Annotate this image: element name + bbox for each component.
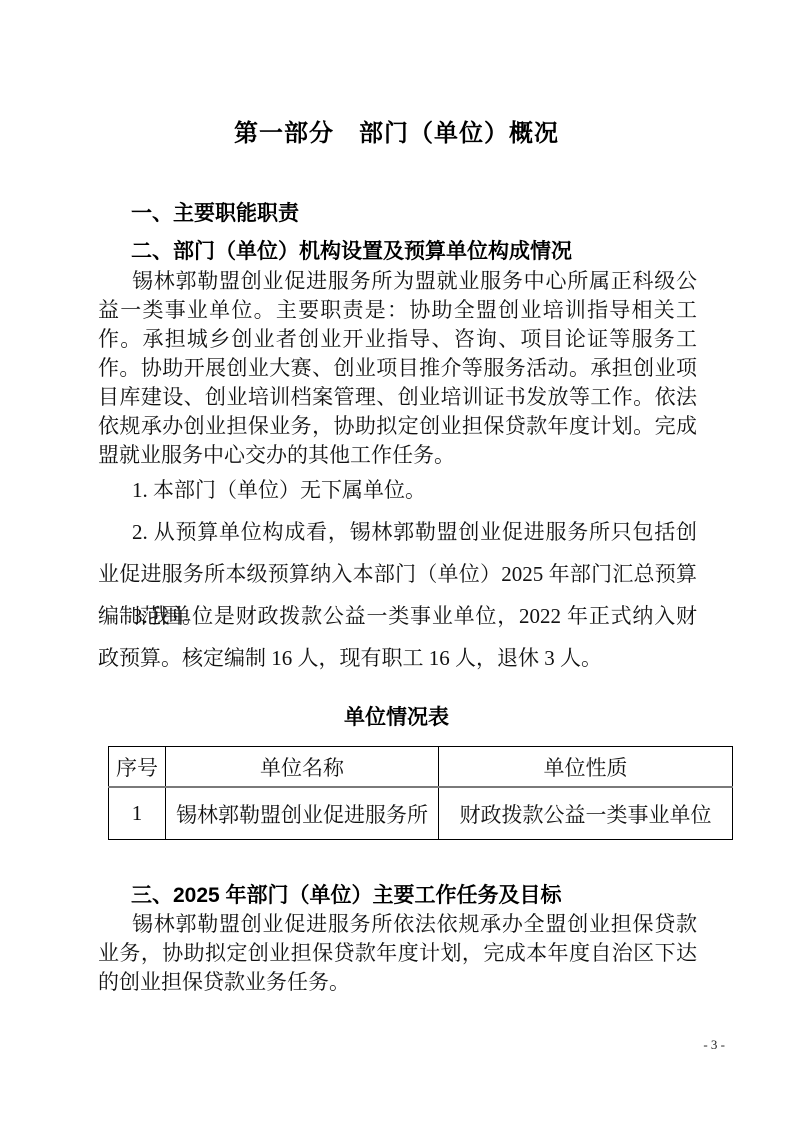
tasks-paragraph: 锡林郭勒盟创业促进服务所依法依规承办全盟创业担保贷款业务，协助拟定创业担保贷款年…: [98, 910, 697, 997]
cell-index: 1: [109, 787, 166, 840]
header-cell-unit-name: 单位名称: [166, 747, 439, 788]
unit-table-title: 单位情况表: [0, 701, 793, 731]
document-page: 第一部分 部门（单位）概况 一、主要职能职责 二、部门（单位）机构设置及预算单位…: [0, 0, 793, 1122]
org-intro-paragraph: 锡林郭勒盟创业促进服务所为盟就业服务中心所属正科级公益一类事业单位。主要职责是：…: [98, 267, 697, 470]
cell-unit-type: 财政拨款公益一类事业单位: [439, 787, 733, 840]
section-heading-org-structure: 二、部门（单位）机构设置及预算单位构成情况: [131, 235, 723, 265]
table-header-row: 序号 单位名称 单位性质: [109, 747, 733, 788]
section-heading-2025-tasks: 三、2025 年部门（单位）主要工作任务及目标: [131, 879, 723, 909]
list-item-1: 1. 本部门（单位）无下属单位。: [98, 469, 697, 511]
section-heading-main-duties: 一、主要职能职责: [131, 197, 723, 227]
header-cell-index: 序号: [109, 747, 166, 788]
page-number: - 3 -: [703, 1037, 725, 1053]
table-row: 1 锡林郭勒盟创业促进服务所 财政拨款公益一类事业单位: [109, 787, 733, 840]
page-title: 第一部分 部门（单位）概况: [0, 113, 793, 148]
cell-unit-name: 锡林郭勒盟创业促进服务所: [166, 787, 439, 840]
unit-info-table: 序号 单位名称 单位性质 1 锡林郭勒盟创业促进服务所 财政拨款公益一类事业单位: [108, 746, 733, 840]
list-item-3: 3.我单位是财政拨款公益一类事业单位，2022 年正式纳入财政预算。核定编制 1…: [98, 595, 697, 679]
header-cell-unit-type: 单位性质: [439, 747, 733, 788]
